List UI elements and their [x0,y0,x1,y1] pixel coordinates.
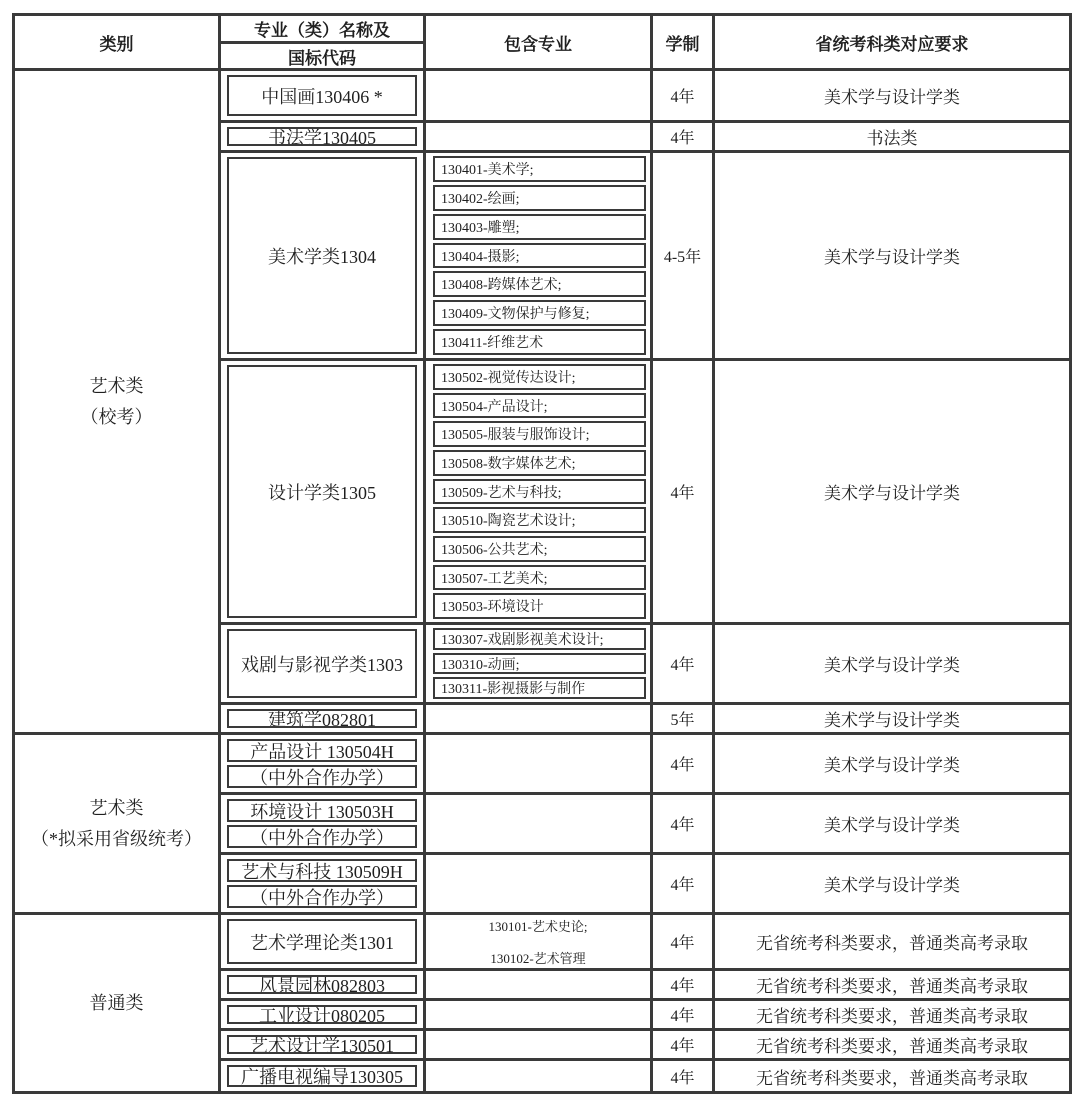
requirement-cell: 美术学与设计学类 [715,795,1069,855]
included-major-text: 130506-公共艺术; [441,539,548,559]
duration-cell: 4年 [653,971,715,1001]
included-major-text: 130102-艺术管理 [490,948,585,967]
major-name-box: 产品设计 130504H [227,739,417,762]
included-major-item: 130502-视觉传达设计; [433,364,646,390]
included-major-item: 130403-雕塑; [433,214,646,240]
duration-cell: 4年 [653,735,715,795]
major-name-cell: 环境设计 130503H （中外合作办学） [221,795,426,855]
major-name-box: 书法学130405 [227,127,417,146]
included-major-text: 130310-动画; [441,654,520,674]
major-name-subline: （中外合作办学） [250,885,394,908]
included-major-text: 130404-摄影; [441,246,520,266]
included-majors-cell-empty [426,1031,653,1061]
included-major-item: 130401-美术学; [433,156,646,182]
major-name-cell: 风景园林082803 [221,971,426,1001]
major-name-cell: 艺术与科技 130509H （中外合作办学） [221,855,426,915]
major-name-box: 戏剧与影视学类1303 [227,629,417,698]
header-major-name: 专业（类）名称及 国标代码 [221,16,426,71]
major-name: 环境设计 130503H [250,799,394,822]
included-major-text: 130401-美术学; [441,159,534,179]
major-name: 中国画130406 * [261,83,383,109]
requirement-cell: 书法类 [715,123,1069,153]
requirement-cell: 无省统考科类要求，普通类高考录取 [715,915,1069,971]
requirement-cell: 美术学与设计学类 [715,361,1069,625]
major-name-cell: 戏剧与影视学类1303 [221,625,426,705]
major-name: 风景园林082803 [259,975,385,994]
major-name-box: 工业设计080205 [227,1005,417,1024]
requirement-cell: 无省统考科类要求，普通类高考录取 [715,1061,1069,1091]
major-name-box: （中外合作办学） [227,825,417,848]
major-name-box: 建筑学082801 [227,709,417,728]
requirement-cell: 美术学与设计学类 [715,153,1069,361]
major-name: 建筑学082801 [268,709,376,728]
major-name-box: （中外合作办学） [227,885,417,908]
header-major-name-line2: 国标代码 [221,44,423,69]
included-majors-cell-empty [426,1001,653,1031]
major-name-box: 广播电视编导130305 [227,1065,417,1087]
included-major-item: 130504-产品设计; [433,393,646,419]
major-name-cell: 产品设计 130504H （中外合作办学） [221,735,426,795]
included-major-item: 130409-文物保护与修复; [433,300,646,326]
header-included-majors: 包含专业 [426,16,653,71]
major-name-cell: 广播电视编导130305 [221,1061,426,1091]
included-major-item: 130508-数字媒体艺术; [433,450,646,476]
major-name: 美术学类1304 [268,243,376,269]
major-name: 艺术与科技 130509H [241,859,403,882]
major-name-box: 艺术与科技 130509H [227,859,417,882]
included-major-text: 130307-戏剧影视美术设计; [441,629,604,649]
major-name-box: 艺术学理论类1301 [227,919,417,964]
included-major-text: 130311-影视摄影与制作 [441,678,585,698]
requirement-cell: 美术学与设计学类 [715,625,1069,705]
requirement-cell: 无省统考科类要求，普通类高考录取 [715,1001,1069,1031]
major-name-cell: 中国画130406 * [221,71,426,123]
major-name: 书法学130405 [268,127,376,146]
duration-cell: 4年 [653,625,715,705]
requirement-cell: 美术学与设计学类 [715,855,1069,915]
category-cell-general: 普通类 [15,915,221,1091]
major-name-cell: 书法学130405 [221,123,426,153]
major-name: 工业设计080205 [259,1005,385,1024]
category-cell-art-provincial-exam: 艺术类 （*拟采用省级统考） [15,735,221,915]
duration-cell: 4-5年 [653,153,715,361]
included-majors-cell-empty [426,71,653,123]
included-majors-cell-empty [426,795,653,855]
major-name-box: 环境设计 130503H [227,799,417,822]
included-major-item: 130503-环境设计 [433,593,646,619]
duration-cell: 5年 [653,705,715,735]
included-majors-cell-empty [426,971,653,1001]
header-major-name-line1: 专业（类）名称及 [221,16,423,44]
major-name-subline: （中外合作办学） [250,825,394,848]
included-major-text: 130509-艺术与科技; [441,482,562,502]
major-name-cell: 美术学类1304 [221,153,426,361]
included-major-item: 130411-纤维艺术 [433,329,646,355]
major-name: 产品设计 130504H [250,739,394,762]
duration-cell: 4年 [653,1031,715,1061]
major-name: 艺术设计学130501 [250,1035,394,1054]
category-cell-art-school-exam: 艺术类 （校考） [15,71,221,735]
major-name: 艺术学理论类1301 [250,929,394,955]
included-major-item: 130404-摄影; [433,243,646,269]
major-name-box: 设计学类1305 [227,365,417,618]
major-name-box: 艺术设计学130501 [227,1035,417,1054]
included-major-text: 130403-雕塑; [441,217,520,237]
header-requirement: 省统考科类对应要求 [715,16,1069,71]
included-major-item: 130402-绘画; [433,185,646,211]
included-major-text: 130408-跨媒体艺术; [441,274,562,294]
major-name-cell: 工业设计080205 [221,1001,426,1031]
included-major-text: 130502-视觉传达设计; [441,367,576,387]
included-majors-cell: 130502-视觉传达设计; 130504-产品设计; 130505-服装与服饰… [426,361,653,625]
major-name-box: （中外合作办学） [227,765,417,788]
included-majors-cell: 130401-美术学; 130402-绘画; 130403-雕塑; 130404… [426,153,653,361]
duration-cell: 4年 [653,855,715,915]
major-name-box: 美术学类1304 [227,157,417,354]
major-name-box: 中国画130406 * [227,75,417,116]
major-name: 广播电视编导130305 [241,1065,403,1087]
included-major-item: 130507-工艺美术; [433,565,646,591]
included-majors-cell-empty [426,1061,653,1091]
requirement-cell: 美术学与设计学类 [715,735,1069,795]
requirement-cell: 美术学与设计学类 [715,71,1069,123]
included-major-text: 130505-服装与服饰设计; [441,424,590,444]
included-major-text: 130503-环境设计 [441,596,544,616]
included-major-text: 130411-纤维艺术 [441,332,543,352]
major-name-cell: 艺术设计学130501 [221,1031,426,1061]
included-major-item: 130510-陶瓷艺术设计; [433,507,646,533]
major-name-cell: 设计学类1305 [221,361,426,625]
major-name: 设计学类1305 [268,479,376,505]
included-majors-cell-empty [426,855,653,915]
included-majors-cell-empty [426,705,653,735]
majors-table: 类别 专业（类）名称及 国标代码 包含专业 学制 省统考科类对应要求 艺术类 （… [12,13,1072,1094]
duration-cell: 4年 [653,1001,715,1031]
header-category: 类别 [15,16,221,71]
duration-cell: 4年 [653,361,715,625]
included-major-item: 130509-艺术与科技; [433,479,646,505]
major-name-box: 风景园林082803 [227,975,417,994]
major-name-subline: （中外合作办学） [250,765,394,788]
included-major-text: 130409-文物保护与修复; [441,303,590,323]
included-major-item: 130506-公共艺术; [433,536,646,562]
header-duration: 学制 [653,16,715,71]
duration-cell: 4年 [653,795,715,855]
included-major-item: 130307-戏剧影视美术设计; [433,628,646,650]
included-majors-cell-empty [426,123,653,153]
included-major-item: 130505-服装与服饰设计; [433,421,646,447]
included-major-text: 130402-绘画; [441,188,520,208]
included-major-text: 130507-工艺美术; [441,568,548,588]
included-major-text: 130510-陶瓷艺术设计; [441,510,576,530]
requirement-cell: 美术学与设计学类 [715,705,1069,735]
major-name-cell: 建筑学082801 [221,705,426,735]
included-major-item: 130408-跨媒体艺术; [433,271,646,297]
duration-cell: 4年 [653,71,715,123]
included-majors-cell: 130101-艺术史论; 130102-艺术管理 [426,915,653,971]
included-major-text: 130508-数字媒体艺术; [441,453,576,473]
major-name: 戏剧与影视学类1303 [241,651,403,677]
included-majors-cell: 130307-戏剧影视美术设计; 130310-动画; 130311-影视摄影与… [426,625,653,705]
duration-cell: 4年 [653,123,715,153]
requirement-cell: 无省统考科类要求，普通类高考录取 [715,971,1069,1001]
included-major-text: 130504-产品设计; [441,396,548,416]
duration-cell: 4年 [653,915,715,971]
requirement-cell: 无省统考科类要求，普通类高考录取 [715,1031,1069,1061]
major-name-cell: 艺术学理论类1301 [221,915,426,971]
included-major-item: 130310-动画; [433,653,646,675]
included-major-text: 130101-艺术史论; [489,916,588,935]
included-major-item: 130311-影视摄影与制作 [433,677,646,699]
duration-cell: 4年 [653,1061,715,1091]
included-majors-cell-empty [426,735,653,795]
